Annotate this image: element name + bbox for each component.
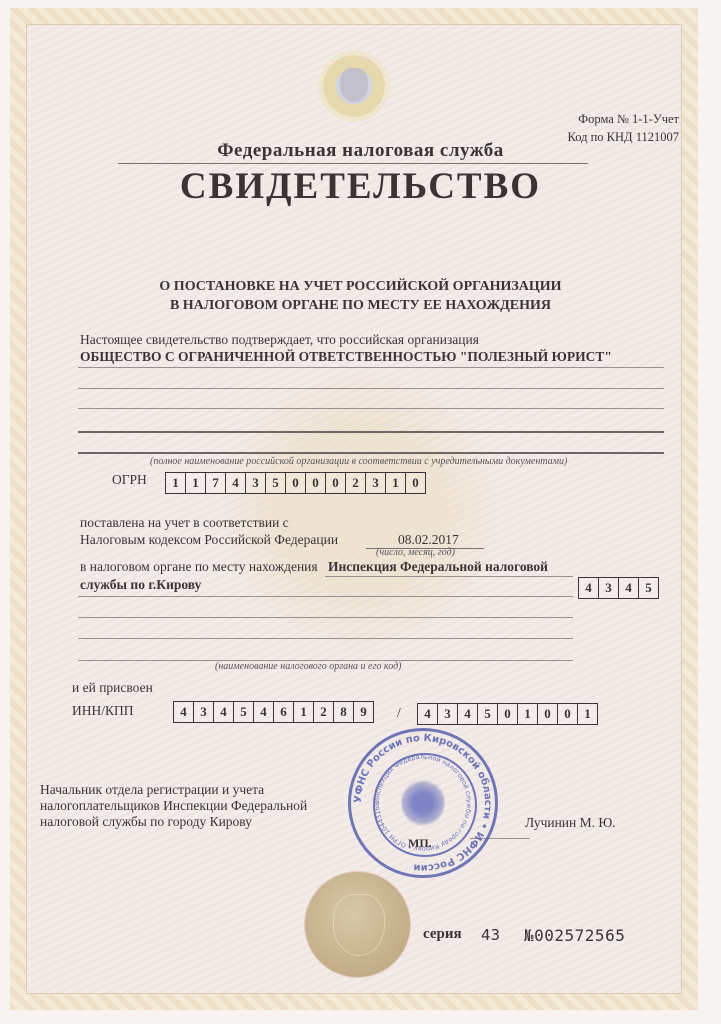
organization-name: ОБЩЕСТВО С ОГРАНИЧЕННОЙ ОТВЕТСТВЕННОСТЬЮ… (80, 349, 612, 365)
inn-digits: 4345461289 (173, 701, 374, 723)
digit-cell: 4 (458, 704, 478, 724)
document-subtitle: О ПОСТАНОВКЕ НА УЧЕТ РОССИЙСКОЙ ОРГАНИЗА… (0, 277, 721, 315)
digit-cell: 0 (406, 473, 425, 493)
digit-cell: 1 (578, 704, 597, 724)
tax-authority-caption: (наименование налогового органа и его ко… (215, 661, 401, 672)
line (325, 576, 573, 577)
digit-cell: 2 (314, 702, 334, 722)
document-title: СВИДЕТЕЛЬСТВО (0, 165, 721, 208)
eagle-emblem-icon (401, 779, 445, 827)
digit-cell: 1 (186, 473, 206, 493)
digit-cell: 4 (619, 578, 639, 598)
organization-intro: Настоящее свидетельство подтверждает, чт… (80, 332, 479, 348)
digit-cell: 3 (246, 473, 266, 493)
assigned-label: и ей присвоен (72, 680, 153, 696)
line (78, 638, 573, 639)
form-number: Форма № 1-1-Учет (568, 110, 679, 128)
embossed-seal-icon (305, 872, 410, 977)
divider (118, 163, 588, 164)
signatory-position: Начальник отдела регистрации и учета нал… (40, 782, 307, 830)
digit-cell: 5 (266, 473, 286, 493)
registration-line-1: поставлена на учет в соответствии с (80, 515, 289, 531)
line (78, 596, 573, 597)
digit-cell: 1 (386, 473, 406, 493)
line (78, 431, 664, 433)
digit-cell: 0 (538, 704, 558, 724)
subtitle-line-1: О ПОСТАНОВКЕ НА УЧЕТ РОССИЙСКОЙ ОРГАНИЗА… (0, 277, 721, 296)
series-label: серия (423, 926, 462, 943)
agency-name: Федеральная налоговая служба (0, 140, 721, 162)
official-stamp-icon: УФНС России по Кировской области • ИФНС … (348, 728, 498, 878)
position-line-1: Начальник отдела регистрации и учета (40, 782, 307, 798)
digit-cell: 0 (326, 473, 346, 493)
line (78, 367, 664, 368)
digit-cell: 4 (418, 704, 438, 724)
digit-cell: 5 (478, 704, 498, 724)
certificate-page: Форма № 1-1-Учет Код по КНД 1121007 Феде… (0, 0, 721, 1024)
digit-cell: 1 (518, 704, 538, 724)
digit-cell: 2 (346, 473, 366, 493)
digit-cell: 0 (558, 704, 578, 724)
digit-cell: 1 (166, 473, 186, 493)
digit-cell: 1 (294, 702, 314, 722)
digit-cell: 5 (234, 702, 254, 722)
registration-date: 08.02.2017 (398, 532, 459, 548)
subtitle-line-2: В НАЛОГОВОМ ОРГАНЕ ПО МЕСТУ ЕЕ НАХОЖДЕНИ… (0, 296, 721, 315)
inn-kpp-separator: / (397, 705, 401, 721)
hologram-emblem-icon (318, 50, 390, 122)
digit-cell: 3 (194, 702, 214, 722)
registration-line-2: Налоговым кодексом Российской Федерации (80, 532, 338, 548)
digit-cell: 4 (254, 702, 274, 722)
position-line-3: налоговой службы по городу Кирову (40, 814, 307, 830)
digit-cell: 3 (438, 704, 458, 724)
digit-cell: 6 (274, 702, 294, 722)
date-caption: (число, месяц, год) (376, 547, 455, 558)
line (78, 617, 573, 618)
position-line-2: налогоплательщиков Инспекции Федеральной (40, 798, 307, 814)
tax-authority-intro: в налоговом органе по месту нахождения (80, 559, 318, 575)
tax-authority-name-1: Инспекция Федеральной налоговой (328, 559, 548, 575)
watermark-eagle-icon (210, 360, 510, 660)
ogrn-digits: 1174350002310 (165, 472, 426, 494)
digit-cell: 8 (334, 702, 354, 722)
tax-authority-code: 4345 (578, 577, 659, 599)
digit-cell: 3 (366, 473, 386, 493)
digit-cell: 0 (306, 473, 326, 493)
digit-cell: 3 (599, 578, 619, 598)
stamp-mp: МП. (408, 836, 432, 851)
digit-cell: 7 (206, 473, 226, 493)
digit-cell: 4 (226, 473, 246, 493)
digit-cell: 0 (286, 473, 306, 493)
digit-cell: 9 (354, 702, 373, 722)
series-value: 43 (481, 926, 500, 944)
inn-kpp-label: ИНН/КПП (72, 703, 134, 719)
ogrn-label: ОГРН (112, 472, 147, 488)
line (78, 408, 664, 409)
certificate-number: №002572565 (524, 926, 625, 945)
digit-cell: 5 (639, 578, 658, 598)
digit-cell: 4 (214, 702, 234, 722)
digit-cell: 0 (498, 704, 518, 724)
line (78, 388, 664, 389)
organization-caption: (полное наименование российской организа… (150, 456, 567, 467)
kpp-digits: 434501001 (417, 703, 598, 725)
tax-authority-name-2: службы по г.Кирову (80, 577, 201, 593)
line (78, 452, 664, 454)
digit-cell: 4 (174, 702, 194, 722)
signatory-name: Лучинин М. Ю. (525, 815, 616, 831)
digit-cell: 4 (579, 578, 599, 598)
